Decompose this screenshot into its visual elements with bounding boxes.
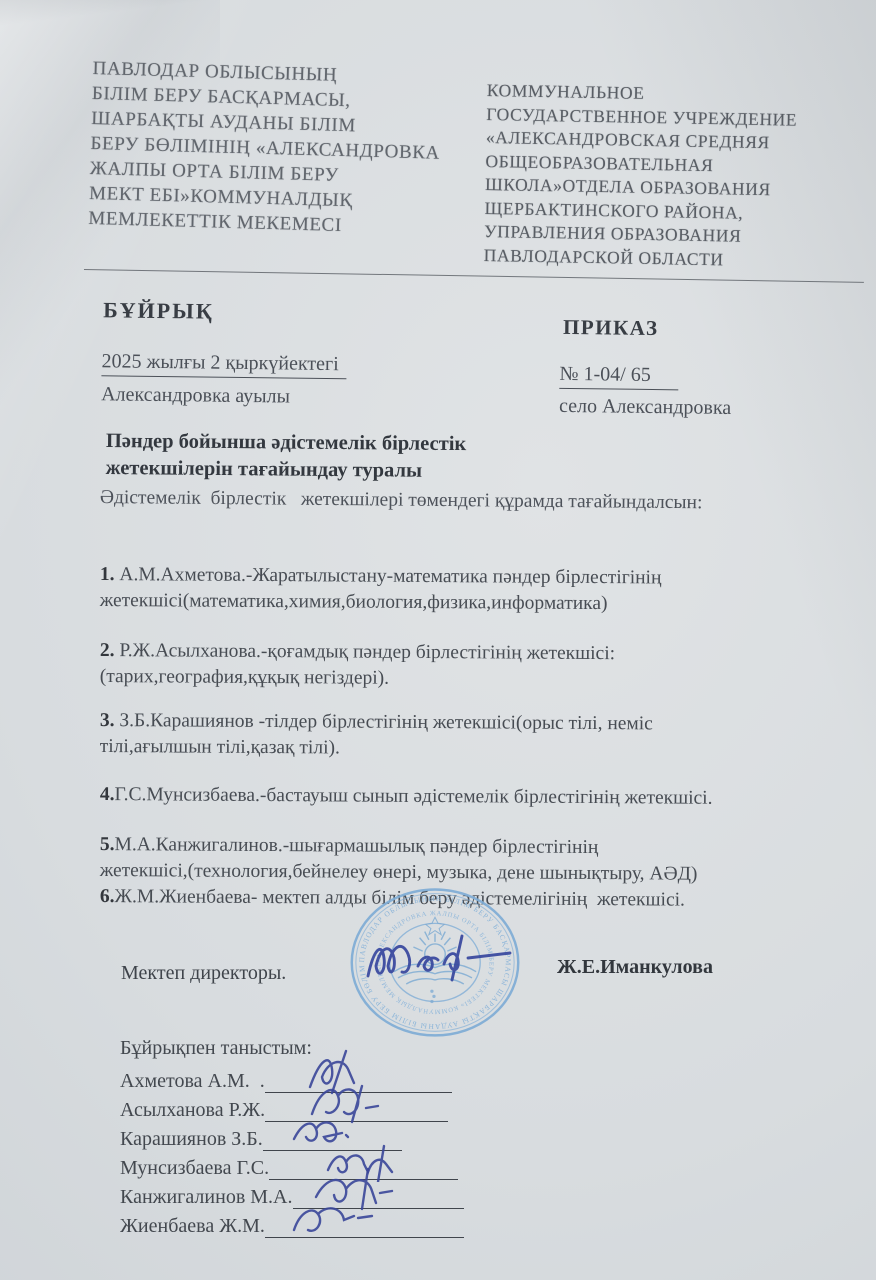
order-title-ru: ПРИКАЗ <box>563 315 659 341</box>
acknowledgement-label: Бұйрықпен таныстым: <box>120 1037 312 1060</box>
ack-row-kanzhigalinov: Канжигалинов М.А. <box>120 1182 464 1209</box>
item-number: 1. <box>100 563 115 584</box>
ack-row-karashiyanov: Карашиянов З.Б. <box>120 1124 402 1151</box>
ack-name: Асылханова Р.Ж. <box>120 1099 265 1122</box>
order-item-4: 4.Г.С.Мунсизбаева.-бастауыш сынып әдісте… <box>100 782 800 812</box>
ack-name: Карашиянов З.Б. <box>120 1128 263 1151</box>
director-name: Ж.Е.Иманкулова <box>557 956 713 979</box>
order-title-kk: БҰЙРЫҚ <box>103 297 214 324</box>
item-number: 6. <box>100 885 115 906</box>
order-number: № 1-04/ 65 <box>559 363 679 390</box>
ack-row-akhmetova: Ахметова А.М. . <box>120 1066 452 1093</box>
subject-line1: Пәндер бойынша әдістемелік бірлестік <box>106 428 467 458</box>
signature-line <box>265 1065 452 1093</box>
signature-line <box>293 1181 465 1209</box>
ack-row-asylkhanova: Асылханова Р.Ж. <box>120 1095 448 1122</box>
order-place-kk: Александровка ауылы <box>101 383 290 408</box>
ack-name: Жиенбаева Ж.М. <box>120 1215 265 1238</box>
ack-name: Мунсизбаева Г.С. <box>120 1157 269 1180</box>
item-number: 2. <box>100 639 115 660</box>
ack-name: Канжигалинов М.А. <box>120 1186 293 1209</box>
order-date: 2025 жылғы 2 қыркүйектегі <box>101 350 346 379</box>
item-text: А.М.Ахметова.-Жаратылыстану-математика п… <box>100 564 662 614</box>
order-item-3: 3. З.Б.Карашиянов -тілдер бірлестігінің … <box>100 708 800 764</box>
item-text: Р.Ж.Асылханова.-қоғамдық пәндер бірлесті… <box>100 640 615 689</box>
order-intro: Әдістемелік бірлестік жетекшілері төменд… <box>100 487 703 514</box>
order-place-ru: село Александровка <box>559 395 731 420</box>
order-meta: БҰЙРЫҚ ПРИКАЗ 2025 жылғы 2 қыркүйектегі … <box>0 0 876 431</box>
item-text: Г.С.Мунсизбаева.-бастауыш сынып әдістеме… <box>114 784 712 809</box>
scanned-order-document: ПАВЛОДАР ОБЛЫСЫНЫҢ БІЛІМ БЕРУ БАСҚАРМАСЫ… <box>0 0 876 1280</box>
ack-row-munsizbaeva: Мунсизбаева Г.С. <box>120 1153 458 1180</box>
ack-row-zhienbaeva: Жиенбаева Ж.М. <box>120 1211 464 1238</box>
signature-line <box>265 1210 464 1238</box>
item-number: 5. <box>100 833 115 854</box>
order-item-1: 1. А.М.Ахметова.-Жаратылыстану-математик… <box>100 562 800 618</box>
signature-line <box>269 1152 458 1180</box>
item-number: 4. <box>100 783 115 804</box>
item-number: 3. <box>100 709 115 730</box>
ack-name: Ахметова А.М. . <box>120 1070 265 1093</box>
order-item-2: 2. Р.Ж.Асылханова.-қоғамдық пәндер бірле… <box>100 638 800 694</box>
item-text: З.Б.Карашиянов -тілдер бірлестігінің жет… <box>100 710 653 758</box>
order-subject: Пәндер бойынша әдістемелік бірлестік жет… <box>106 428 467 485</box>
director-label: Мектеп директоры. <box>121 962 286 985</box>
director-signature <box>352 912 567 1004</box>
signature-line <box>265 1094 448 1122</box>
signature-line <box>263 1123 402 1151</box>
subject-line2: жетекшілерін тағайындау туралы <box>106 455 467 485</box>
